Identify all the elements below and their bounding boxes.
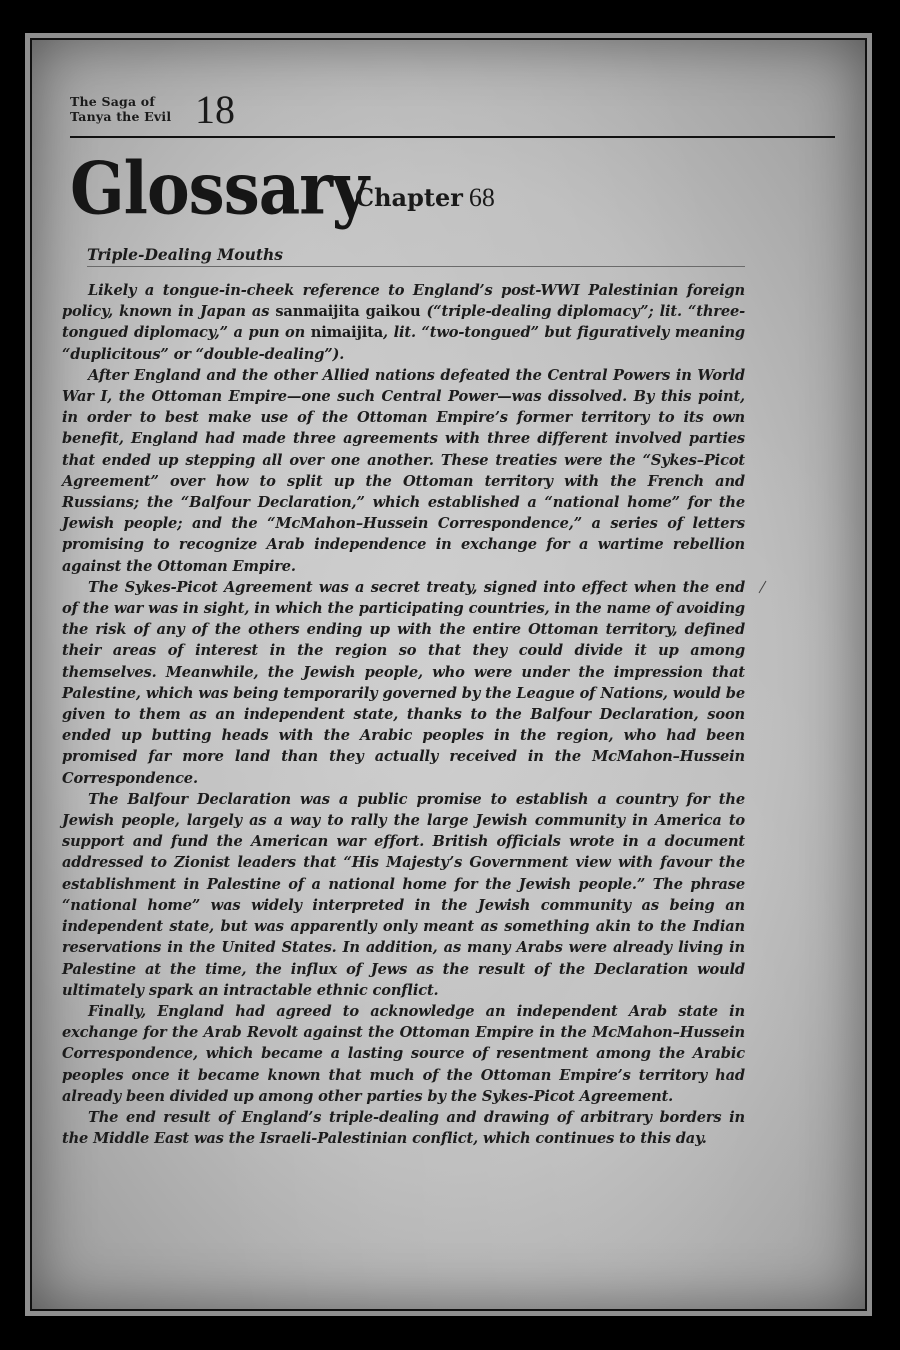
paragraph-text: The Sykes-Picot Agreement was a secret t… xyxy=(62,579,745,787)
paper-scratch-mark xyxy=(759,581,767,594)
glossary-definition: Likely a tongue-in-cheek reference to En… xyxy=(62,280,745,1149)
running-header: The Saga of Tanya the Evil 18 xyxy=(70,90,835,138)
paragraph-text: After England and the other Allied natio… xyxy=(62,367,745,575)
definition-paragraph: Finally, England had agreed to acknowled… xyxy=(62,1001,745,1107)
series-title: The Saga of Tanya the Evil xyxy=(70,94,171,124)
page: The Saga of Tanya the Evil 18 Glossary C… xyxy=(30,38,867,1311)
definition-paragraph: The end result of England’s triple-deali… xyxy=(62,1107,745,1149)
definition-paragraph: Likely a tongue-in-cheek reference to En… xyxy=(62,280,745,365)
definition-paragraph: The Sykes-Picot Agreement was a secret t… xyxy=(62,577,745,789)
romanized-term: sanmaijita gaikou xyxy=(275,303,420,320)
page-title: Glossary xyxy=(70,145,368,235)
chapter-heading: Chapter68 xyxy=(355,183,495,213)
series-title-line1: The Saga of xyxy=(70,94,171,109)
definition-paragraph: After England and the other Allied natio… xyxy=(62,365,745,577)
definition-paragraph: The Balfour Declaration was a public pro… xyxy=(62,789,745,1001)
series-title-line2: Tanya the Evil xyxy=(70,109,171,124)
chapter-number: 68 xyxy=(469,183,495,212)
paragraph-text: The end result of England’s triple-deali… xyxy=(62,1109,745,1147)
paragraph-text: Finally, England had agreed to acknowled… xyxy=(62,1003,745,1105)
romanized-term: nimaijita xyxy=(311,324,383,341)
paragraph-text: The Balfour Declaration was a public pro… xyxy=(62,791,745,999)
page-frame: The Saga of Tanya the Evil 18 Glossary C… xyxy=(25,33,872,1316)
glossary-term: Triple-Dealing Mouths xyxy=(87,245,745,267)
volume-number: 18 xyxy=(195,90,235,130)
chapter-label: Chapter xyxy=(355,183,463,212)
